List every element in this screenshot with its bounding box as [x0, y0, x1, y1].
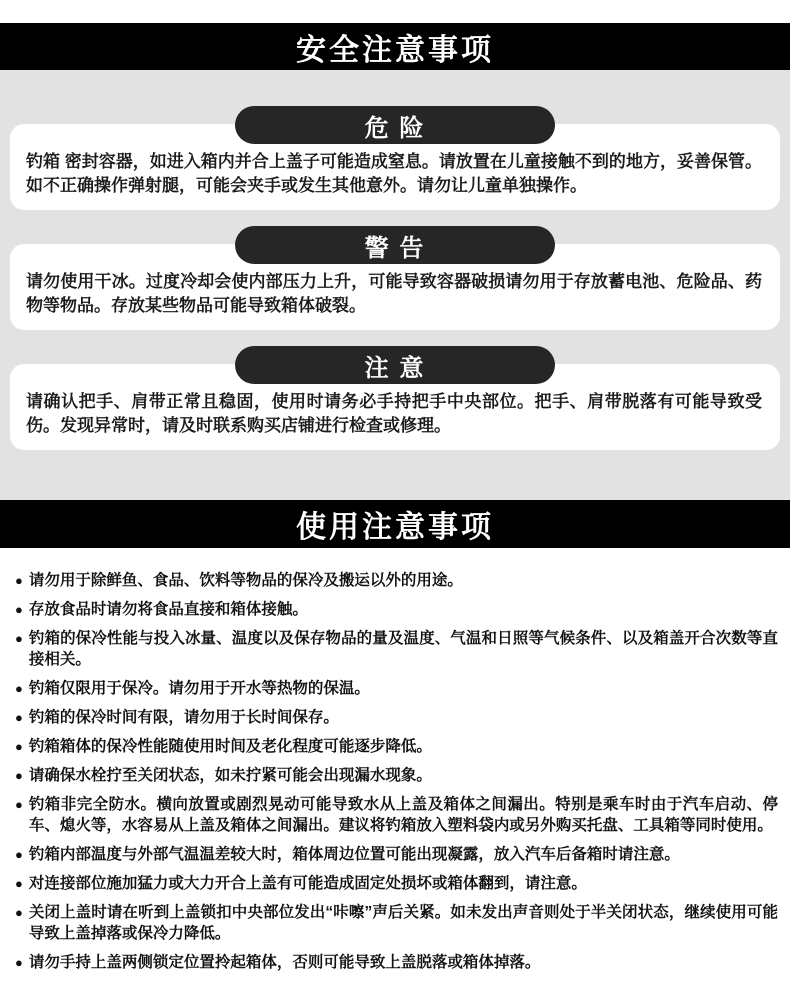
warning-group: 警 告 请勿使用干冰。过度冷却会使内部压力上升，可能导致容器破损请勿用于存放蓄电… [0, 226, 790, 330]
usage-note-item: ● 关闭上盖时请在听到上盖锁扣中央部位发出“咔嚓”声后关紧。如未发出声音则处于半… [15, 902, 778, 944]
bullet-icon: ● [15, 794, 23, 815]
usage-note-item: ● 钓箱的保冷性能与投入冰量、温度以及保存物品的量及温度、气温和日照等气候条件、… [15, 628, 778, 670]
usage-note-item: ● 请勿手持上盖两侧锁定位置拎起箱体，否则可能导致上盖脱落或箱体掉落。 [15, 952, 778, 973]
danger-pill-label: 危 险 [365, 108, 426, 143]
bullet-icon: ● [15, 678, 23, 699]
usage-note-item: ● 存放食品时请勿将食品直接和箱体接触。 [15, 599, 778, 620]
usage-note-item: ● 钓箱的保冷时间有限，请勿用于长时间保存。 [15, 707, 778, 728]
warning-pill: 警 告 [235, 226, 555, 264]
bullet-icon: ● [15, 873, 23, 894]
bullet-icon: ● [15, 599, 23, 620]
safety-warning-section: 危 险 钓箱 密封容器，如进入箱内并合上盖子可能造成窒息。请放置在儿童接触不到的… [0, 70, 790, 500]
usage-note-text: 请确保水栓拧至关闭状态，如未拧紧可能会出现漏水现象。 [29, 765, 778, 786]
warning-text: 请勿使用干冰。过度冷却会使内部压力上升，可能导致容器破损请勿用于存放蓄电池、危险… [26, 270, 762, 318]
usage-note-text: 钓箱内部温度与外部气温温差较大时，箱体周边位置可能出现凝露，放入汽车后备箱时请注… [29, 844, 778, 865]
danger-group: 危 险 钓箱 密封容器，如进入箱内并合上盖子可能造成窒息。请放置在儿童接触不到的… [0, 106, 790, 210]
usage-notes-list: ● 请勿用于除鲜鱼、食品、饮料等物品的保冷及搬运以外的用途。 ● 存放食品时请勿… [15, 570, 778, 973]
usage-note-item: ● 钓箱箱体的保冷性能随使用时间及老化程度可能逐步降低。 [15, 736, 778, 757]
usage-note-text: 请勿用于除鲜鱼、食品、饮料等物品的保冷及搬运以外的用途。 [29, 570, 778, 591]
bullet-icon: ● [15, 902, 23, 923]
danger-text: 钓箱 密封容器，如进入箱内并合上盖子可能造成窒息。请放置在儿童接触不到的地方，妥… [26, 150, 762, 198]
usage-section-header: 使用注意事项 [0, 500, 790, 548]
bullet-icon: ● [15, 570, 23, 591]
usage-note-item: ● 请勿用于除鲜鱼、食品、饮料等物品的保冷及搬运以外的用途。 [15, 570, 778, 591]
usage-note-item: ● 请确保水栓拧至关闭状态，如未拧紧可能会出现漏水现象。 [15, 765, 778, 786]
bullet-icon: ● [15, 844, 23, 865]
bullet-icon: ● [15, 628, 23, 649]
usage-note-text: 钓箱仅限用于保冷。请勿用于开水等热物的保温。 [29, 678, 778, 699]
warning-pill-label: 警 告 [365, 228, 426, 263]
caution-group: 注 意 请确认把手、肩带正常且稳固，使用时请务必手持把手中央部位。把手、肩带脱落… [0, 346, 790, 450]
usage-note-text: 对连接部位施加猛力或大力开合上盖有可能造成固定处损坏或箱体翻到，请注意。 [29, 873, 778, 894]
caution-pill-label: 注 意 [365, 348, 426, 383]
usage-note-text: 存放食品时请勿将食品直接和箱体接触。 [29, 599, 778, 620]
bullet-icon: ● [15, 736, 23, 757]
usage-note-text: 钓箱非完全防水。横向放置或剧烈晃动可能导致水从上盖及箱体之间漏出。特别是乘车时由… [29, 794, 778, 836]
usage-notes-section: ● 请勿用于除鲜鱼、食品、饮料等物品的保冷及搬运以外的用途。 ● 存放食品时请勿… [0, 548, 790, 1001]
usage-note-item: ● 钓箱非完全防水。横向放置或剧烈晃动可能导致水从上盖及箱体之间漏出。特别是乘车… [15, 794, 778, 836]
usage-note-text: 钓箱的保冷性能与投入冰量、温度以及保存物品的量及温度、气温和日照等气候条件、以及… [29, 628, 778, 670]
safety-section-header: 安全注意事项 [0, 23, 790, 70]
bullet-icon: ● [15, 765, 23, 786]
usage-note-item: ● 钓箱仅限用于保冷。请勿用于开水等热物的保温。 [15, 678, 778, 699]
bullet-icon: ● [15, 952, 23, 973]
safety-notice-page: 安全注意事项 危 险 钓箱 密封容器，如进入箱内并合上盖子可能造成窒息。请放置在… [0, 0, 790, 1001]
danger-pill: 危 险 [235, 106, 555, 144]
safety-section-title: 安全注意事项 [296, 25, 494, 69]
usage-section-title: 使用注意事项 [296, 502, 494, 546]
usage-note-text: 关闭上盖时请在听到上盖锁扣中央部位发出“咔嚓”声后关紧。如未发出声音则处于半关闭… [29, 902, 778, 944]
bullet-icon: ● [15, 707, 23, 728]
usage-note-item: ● 钓箱内部温度与外部气温温差较大时，箱体周边位置可能出现凝露，放入汽车后备箱时… [15, 844, 778, 865]
usage-note-text: 钓箱箱体的保冷性能随使用时间及老化程度可能逐步降低。 [29, 736, 778, 757]
usage-note-text: 钓箱的保冷时间有限，请勿用于长时间保存。 [29, 707, 778, 728]
caution-pill: 注 意 [235, 346, 555, 384]
usage-note-text: 请勿手持上盖两侧锁定位置拎起箱体，否则可能导致上盖脱落或箱体掉落。 [29, 952, 778, 973]
usage-note-item: ● 对连接部位施加猛力或大力开合上盖有可能造成固定处损坏或箱体翻到，请注意。 [15, 873, 778, 894]
caution-text: 请确认把手、肩带正常且稳固，使用时请务必手持把手中央部位。把手、肩带脱落有可能导… [26, 390, 762, 438]
